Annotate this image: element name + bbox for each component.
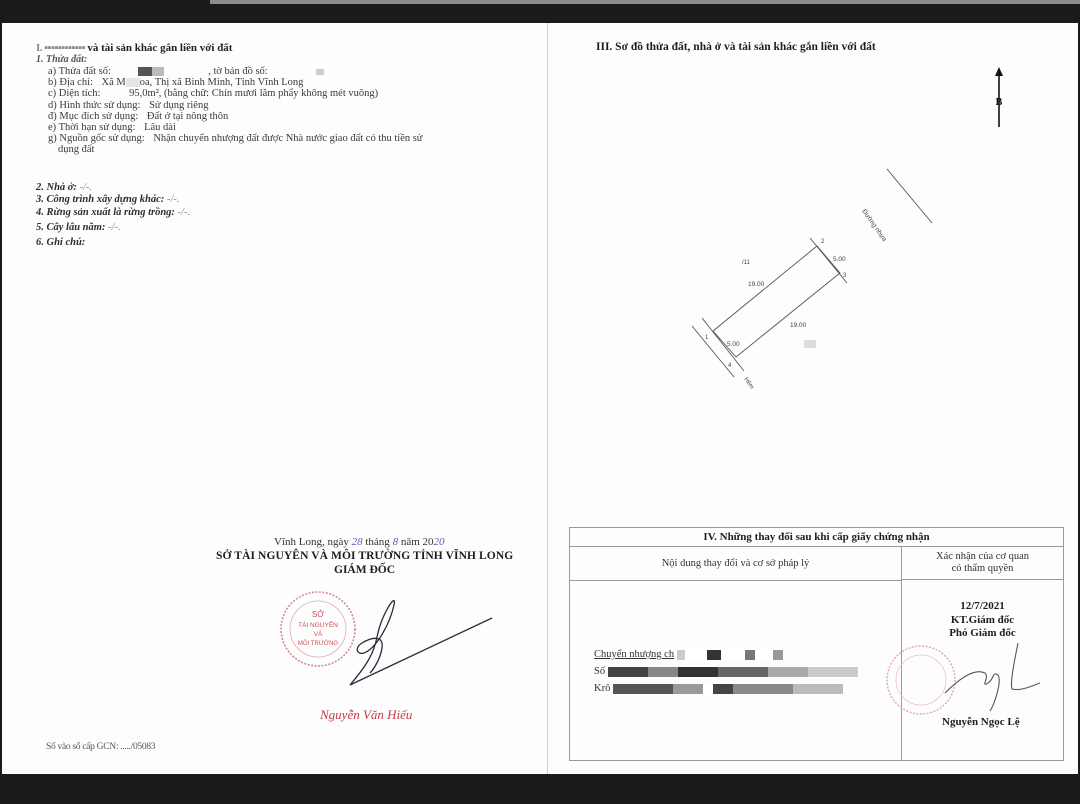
redacted-block — [773, 650, 783, 660]
issue-month: 8 — [393, 536, 399, 548]
svg-text:SỞ: SỞ — [312, 610, 324, 619]
parcel-number-row: a) Thửa đất số: , tờ bản đồ số: — [48, 66, 423, 77]
redacted-block — [613, 684, 673, 694]
redacted-map-sheet — [316, 69, 324, 75]
left-page: I. ▪▪▪▪▪▪▪▪▪▪▪▪ và tài sản khác gắn liền… — [2, 23, 542, 774]
svg-text:B: B — [996, 97, 1003, 108]
change-line2-text: Số — [594, 666, 605, 677]
director-signature-icon — [342, 593, 502, 693]
map-sheet-label: , tờ bản đồ số: — [208, 66, 268, 77]
origin-label: g) Nguồn gốc sử dụng: — [48, 133, 145, 144]
svg-text:TÀI NGUYÊN: TÀI NGUYÊN — [298, 620, 338, 629]
section-value: -/-. — [80, 182, 93, 193]
origin-value: Nhận chuyển nhượng đất được Nhà nước gia… — [153, 133, 422, 144]
change-line-2: Số — [594, 663, 858, 680]
left-page-header: I. ▪▪▪▪▪▪▪▪▪▪▪▪ và tài sản khác gắn liền… — [36, 42, 232, 54]
section-other-construction: 3. Công trình xây dựng khác: -/-. — [36, 194, 190, 206]
parcel-diagram: Đường nhựa /11 19.00 5.00 19.00 5.00 1 2… — [682, 161, 952, 401]
confirmation-column-header: Xác nhận của cơ quan có thẩm quyền — [902, 547, 1063, 580]
use-term-label: e) Thời hạn sử dụng: — [48, 122, 135, 133]
parcel-number-label: a) Thửa đất số: — [48, 66, 111, 77]
vice-director-signer-name: Nguyễn Ngọc Lệ — [942, 716, 1020, 728]
year-label: năm 20 — [401, 536, 434, 548]
svg-text:19.00: 19.00 — [790, 322, 807, 329]
section-value: -/-. — [167, 194, 180, 205]
use-purpose-value: Đất ở tại nông thôn — [147, 111, 228, 122]
redacted-block — [707, 650, 721, 660]
change-line1-text: Chuyển nhượng ch — [594, 649, 674, 660]
section-value: -/-. — [178, 207, 191, 218]
issuing-organization: SỞ TÀI NGUYÊN VÀ MÔI TRƯỜNG TỈNH VĨNH LO… — [216, 550, 513, 562]
svg-text:19.00: 19.00 — [748, 281, 765, 288]
address-label: b) Địa chỉ: — [48, 77, 93, 88]
use-term-value: Lâu dài — [144, 122, 176, 133]
redacted-parcel-number-2 — [152, 67, 164, 76]
section-label: 3. Công trình xây dựng khác: — [36, 194, 164, 205]
other-sections: 2. Nhà ở: -/-. 3. Công trình xây dựng kh… — [36, 182, 190, 249]
use-purpose-row: đ) Mục đích sử dụng: Đất ở tại nông thôn — [48, 111, 423, 122]
confirmation-header-line2: có thẩm quyền — [902, 563, 1063, 575]
svg-text:/11: /11 — [742, 260, 751, 266]
redacted-block — [677, 650, 685, 660]
redacted-block — [745, 650, 755, 660]
origin-row-cont: dụng đất — [48, 144, 423, 155]
change-line-1: Chuyển nhượng ch — [594, 646, 858, 663]
origin-row: g) Nguồn gốc sử dụng: Nhận chuyển nhượng… — [48, 133, 423, 144]
section-house: 2. Nhà ở: -/-. — [36, 182, 190, 194]
svg-text:Hẻm: Hẻm — [742, 377, 754, 391]
svg-text:VÀ: VÀ — [314, 629, 323, 638]
certificate-document: I. ▪▪▪▪▪▪▪▪▪▪▪▪ và tài sản khác gắn liền… — [2, 23, 1078, 774]
use-term-row: e) Thời hạn sử dụng: Lâu dài — [48, 122, 423, 133]
section-forest: 4. Rừng sản xuất là rừng trồng: -/-. — [36, 207, 190, 219]
redacted-parcel-number — [138, 67, 152, 76]
section4-title: IV. Những thay đổi sau khi cấp giấy chứn… — [570, 528, 1063, 547]
address-value-start: Xã M — [102, 77, 126, 88]
north-arrow-icon: B — [991, 67, 1007, 129]
right-page: III. Sơ đồ thửa đất, nhà ở và tài sản kh… — [548, 23, 1078, 774]
changes-table: IV. Những thay đổi sau khi cấp giấy chứn… — [569, 527, 1064, 761]
header-suffix: và tài sản khác gắn liền với đất — [87, 42, 232, 54]
address-value-end: oa, Thị xã Bình Minh, Tỉnh Vĩnh Long — [140, 77, 304, 88]
svg-text:Đường nhựa: Đường nhựa — [860, 208, 887, 243]
place-prefix: Vĩnh Long, ngày — [274, 536, 349, 548]
issue-year-suffix: 20 — [434, 536, 445, 548]
area-value: 95,0m², (bằng chữ: Chín mươi lăm phẩy kh… — [129, 88, 378, 99]
parcel-details: a) Thửa đất số: , tờ bản đồ số: b) Địa c… — [48, 66, 423, 156]
changes-column-header: Nội dung thay đổi và cơ sở pháp lý — [570, 547, 902, 581]
director-title: GIÁM ĐỐC — [334, 564, 395, 576]
section-perennial-trees: 5. Cây lâu năm: -/-. — [36, 222, 190, 234]
issue-day: 28 — [352, 536, 363, 548]
section-value: -/-. — [108, 222, 121, 233]
use-form-row: d) Hình thức sử dụng: Sử dụng riêng — [48, 100, 423, 111]
section-notes: 6. Ghi chú: — [36, 237, 190, 249]
area-label: c) Diện tích: — [48, 88, 100, 99]
address-row: b) Địa chỉ: Xã Moa, Thị xã Bình Minh, Tỉ… — [48, 77, 423, 88]
director-signer-name: Nguyễn Văn Hiếu — [320, 707, 412, 723]
svg-text:5.00: 5.00 — [727, 341, 740, 348]
redacted-block — [608, 667, 648, 677]
confirmation-title1: KT.Giám đốc — [902, 614, 1063, 628]
svg-text:5.00: 5.00 — [833, 256, 846, 263]
section-label: 5. Cây lâu năm: — [36, 222, 105, 233]
use-form-label: d) Hình thức sử dụng: — [48, 100, 140, 111]
top-scrollbar[interactable] — [210, 0, 1080, 4]
use-purpose-label: đ) Mục đích sử dụng: — [48, 111, 138, 122]
change-content: Chuyển nhượng ch Số Krô — [594, 646, 858, 697]
confirmation-header-line1: Xác nhận của cơ quan — [902, 551, 1063, 563]
svg-text:MÔI TRƯỜNG: MÔI TRƯỜNG — [298, 640, 338, 647]
section-label: 4. Rừng sản xuất là rừng trồng: — [36, 207, 175, 218]
section3-title: III. Sơ đồ thửa đất, nhà ở và tài sản kh… — [596, 41, 876, 53]
header-prefix-faded: I. ▪▪▪▪▪▪▪▪▪▪▪▪ — [36, 42, 87, 54]
svg-text:4: 4 — [728, 363, 732, 369]
registry-number: Số vào sổ cấp GCN: ...../05083 — [46, 742, 155, 752]
use-form-value: Sử dụng riêng — [149, 100, 208, 111]
section1-title: 1. Thửa đất: — [36, 54, 87, 65]
svg-text:2: 2 — [821, 239, 825, 245]
vice-director-signature-icon — [940, 633, 1050, 713]
confirmation-date: 12/7/2021 — [902, 600, 1063, 614]
change-line-3: Krô — [594, 680, 858, 697]
redacted-address — [126, 78, 140, 87]
svg-text:1: 1 — [705, 335, 709, 341]
month-label: tháng — [365, 536, 389, 548]
section-label: 6. Ghi chú: — [36, 237, 85, 248]
section-label: 2. Nhà ở: — [36, 182, 77, 193]
svg-text:3: 3 — [843, 273, 847, 279]
issue-place-date: Vĩnh Long, ngày 28 tháng 8 năm 2020 — [274, 536, 445, 548]
area-row: c) Diện tích: 95,0m², (bằng chữ: Chín mư… — [48, 88, 423, 99]
change-line3-text: Krô — [594, 683, 610, 694]
